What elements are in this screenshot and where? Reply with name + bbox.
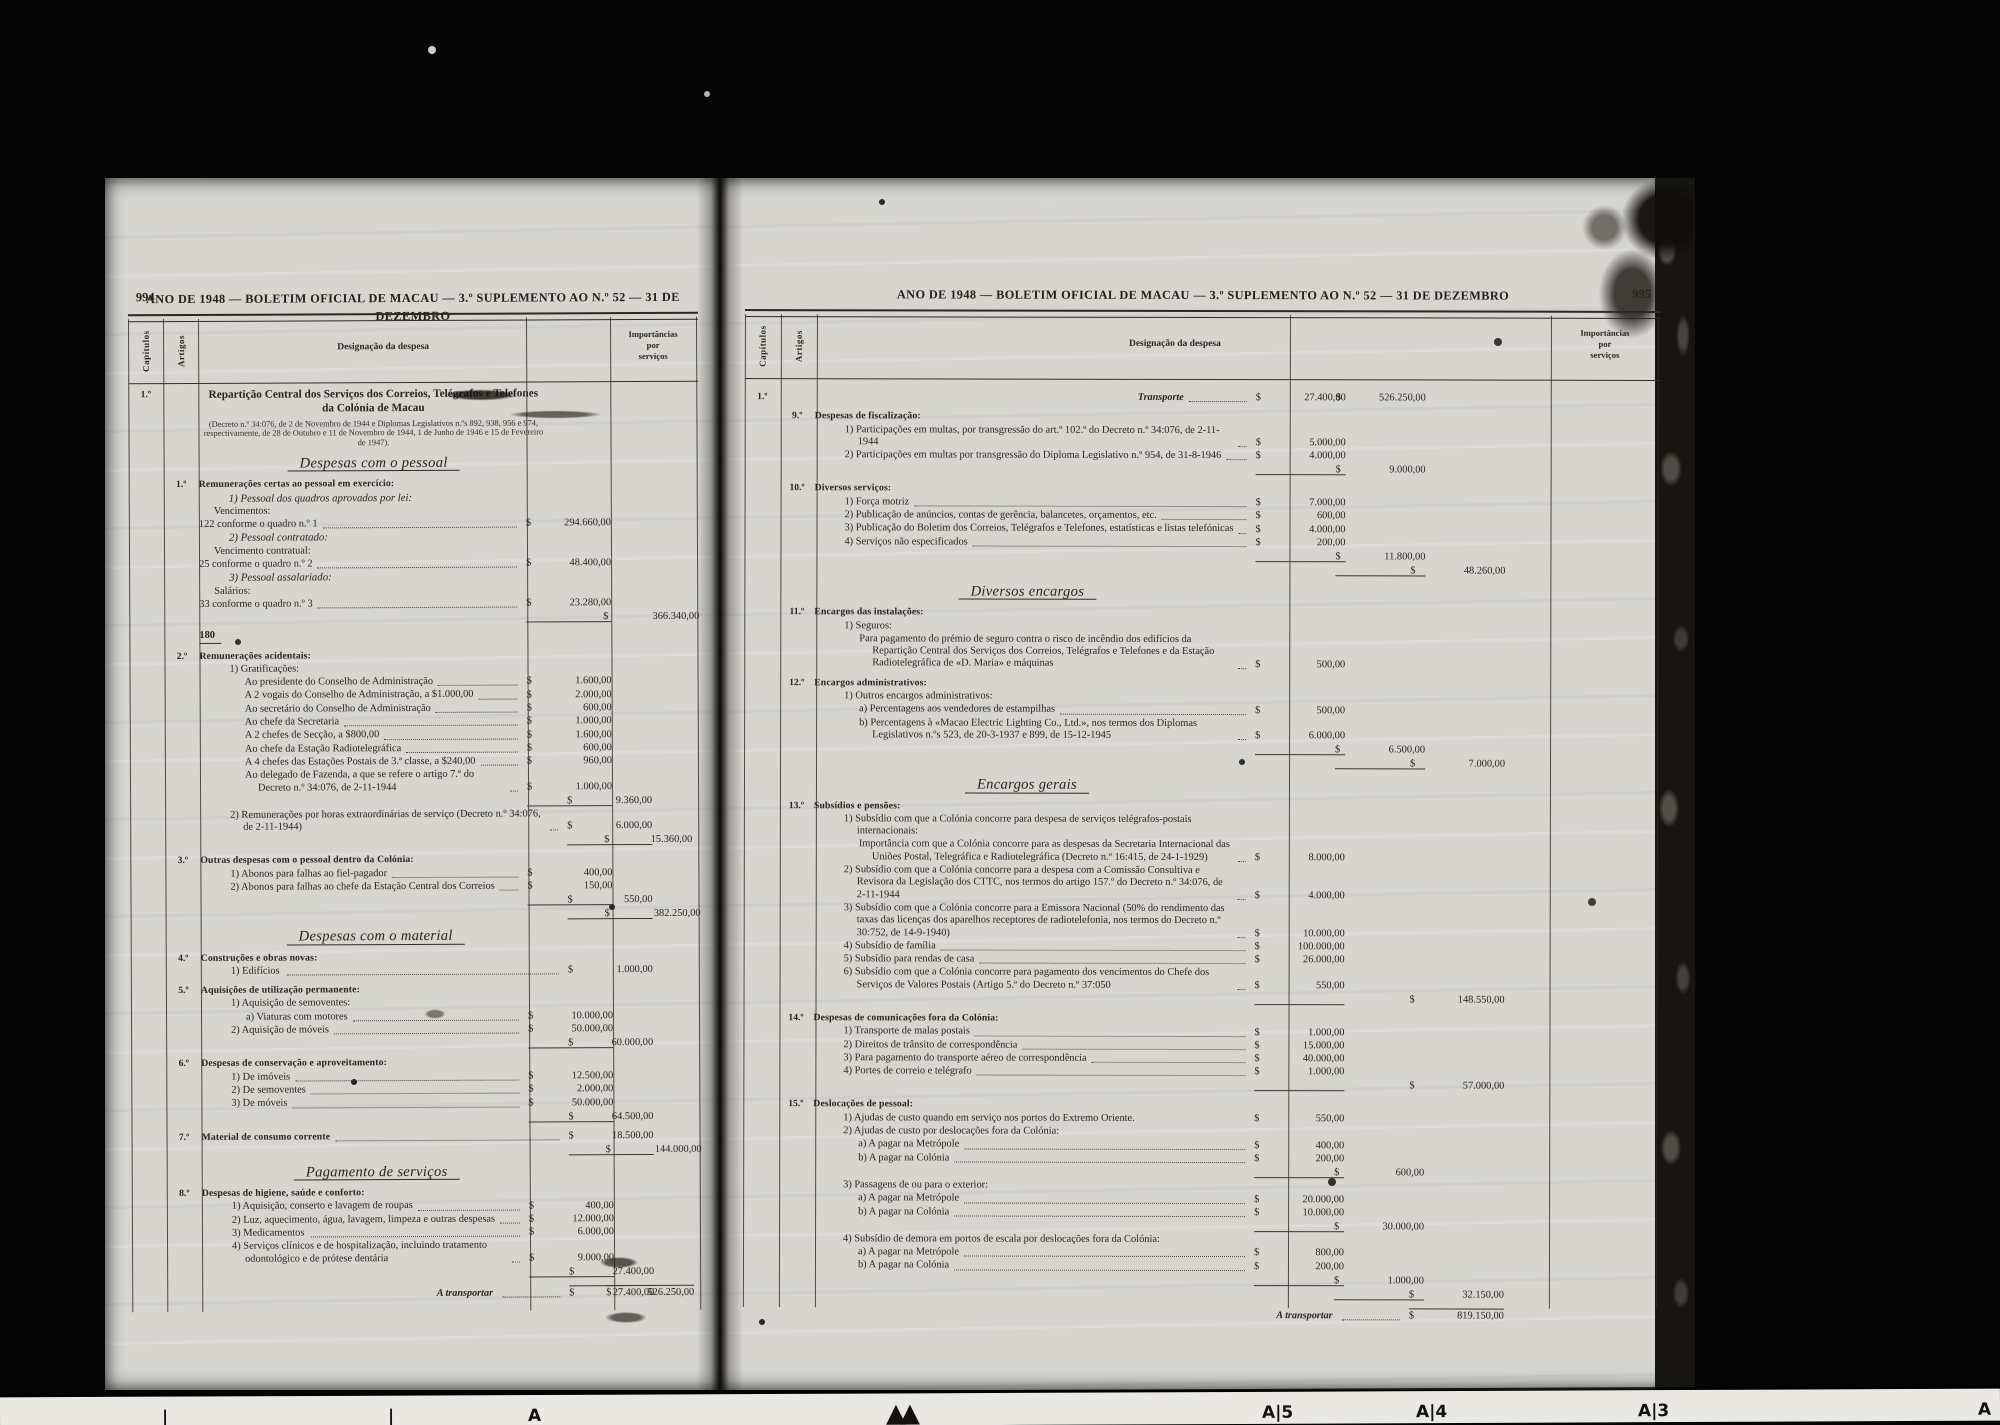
row-designation: 3) Subsídio com que a Colónia concorre p…: [814, 902, 1249, 940]
row-text: Transporte: [1138, 392, 1184, 404]
amount-cell: [1254, 1231, 1344, 1233]
currency-sign: $: [1254, 1153, 1261, 1165]
table-row: Para pagamento do prémio de seguro contr…: [744, 633, 1660, 672]
table-row: 5.ºAquisições de utilização permanente:: [131, 983, 701, 998]
table-row: 1.ºRepartição Central dos Serviços dos C…: [128, 387, 698, 402]
amount-cell: $500,00: [1255, 705, 1345, 717]
table-row: 12.ºEncargos administrativos:: [744, 677, 1660, 691]
row-designation: 3) Pessoal assalariado:: [199, 571, 519, 585]
row-designation: A transportar: [813, 1309, 1403, 1323]
amount-value: 150,00: [584, 880, 613, 892]
row-text: Remunerações certas ao pessoal em exercí…: [199, 478, 395, 491]
row-text: Deslocações de pessoal:: [813, 1099, 913, 1112]
column-artigos: Artigos: [163, 319, 198, 383]
dotted-leader: [1238, 666, 1246, 669]
table-row: $57.000,00: [743, 1080, 1659, 1094]
table-row: 15.ºDeslocações de pessoal:: [743, 1099, 1659, 1113]
row-designation: 6) Subsídio com que a Colónia concorre p…: [814, 967, 1249, 993]
row-text: 3) Publicação do Boletim dos Correios, T…: [845, 523, 1234, 536]
table-row: $382.250,00: [131, 908, 701, 922]
film-edge-mark: A: [1978, 1400, 1991, 1420]
row-designation: [814, 1005, 1249, 1006]
currency-sign: $: [1255, 730, 1262, 742]
dotted-leader: [438, 683, 518, 686]
dotted-leader: [954, 1213, 1245, 1217]
row-designation: 4) Serviços não especificados: [814, 536, 1249, 549]
amount-value: 60.000,00: [612, 1037, 654, 1049]
amount-cell: $400,00: [529, 1200, 614, 1212]
row-designation: Subsídios e pensões:: [814, 800, 1245, 813]
section-heading: Despesas com o pessoal: [288, 457, 460, 472]
currency-sign: $: [527, 689, 534, 701]
row-designation: b) Percentagens à «Macao Electric Lighti…: [814, 717, 1249, 743]
row-text: A 2 chefes de Secção, a $800,00: [245, 729, 380, 742]
row-text: 1) Outros encargos administrativos:: [844, 690, 992, 703]
table-row: 1.ºRemunerações certas ao pessoal em exe…: [129, 477, 699, 492]
amount-cell: $15.360,00: [604, 834, 692, 846]
amount-value: 1.600,00: [575, 729, 611, 741]
dotted-leader: [323, 525, 517, 529]
amount-value: 526.250,00: [1379, 393, 1426, 405]
row-text: A transportar: [1276, 1310, 1337, 1322]
row-designation: [201, 1050, 522, 1051]
row-designation: 1) Aquisição de semoventes:: [201, 997, 521, 1011]
row-text: Ao chefe da Estação Radiotelegráfica: [245, 743, 401, 756]
table-row: Salários:: [129, 583, 699, 598]
amount-cell: $1.000,00: [527, 781, 612, 793]
row-designation: Repartição Central dos Serviços dos Corr…: [198, 387, 548, 401]
table-row: 3) Medicamentos$6.000,00: [132, 1226, 702, 1241]
amount-value: 15.360,00: [651, 834, 693, 846]
table-row: $366.340,00: [129, 611, 699, 625]
row-text: A transportar: [437, 1288, 498, 1301]
row-text: 2) De semoventes: [231, 1084, 306, 1097]
currency-sign: $: [1255, 955, 1262, 967]
table-row: 1) Participações em multas, por transgre…: [745, 424, 1661, 451]
amount-cell: $1.600,00: [527, 729, 612, 741]
table-row: 2) Participações em multas por transgres…: [745, 449, 1661, 463]
row-text: 4) Subsídio de demora em portos de escal…: [843, 1233, 1160, 1246]
currency-sign: $: [1254, 1248, 1261, 1260]
page-header-title: ANO DE 1948 — BOLETIM OFICIAL DE MACAU —…: [897, 287, 1509, 302]
amount-value: 1.000,00: [1388, 1275, 1424, 1287]
row-designation: Pagamento de serviços: [202, 1165, 552, 1181]
currency-sign: $: [1334, 1275, 1341, 1287]
film-edge-mark: A|4: [1416, 1402, 1447, 1422]
amount-cell: $12.000,00: [529, 1213, 614, 1225]
amount-cell: $148.550,00: [1410, 994, 1505, 1006]
amount-cell: $150,00: [527, 880, 612, 892]
column-designacao: Designação da despesa: [845, 338, 1505, 349]
currency-sign: $: [1256, 437, 1263, 449]
amount-cell: $2.000,00: [528, 1083, 613, 1095]
table-row: A 2 chefes de Secção, a $800,00$1.600,00: [130, 728, 700, 743]
section-heading: Pagamento de serviços: [294, 1166, 460, 1181]
amount-cell: $10.000,00: [528, 1010, 613, 1022]
artigo-number: 7.º: [167, 1131, 202, 1143]
row-text: 5) Subsídio para rendas de casa: [844, 953, 975, 966]
currency-sign: $: [528, 1084, 535, 1096]
table-row: 1) Ajudas de custo quando em serviço nos…: [743, 1112, 1659, 1126]
row-designation: A transportar: [202, 1287, 563, 1301]
amount-cell: $4.000,00: [1255, 890, 1345, 902]
currency-sign: $: [527, 676, 534, 688]
row-designation: 25 conforme o quadro n.º 2: [199, 558, 520, 572]
amount-cell: $9.000,00: [529, 1252, 614, 1264]
amount-cell: $50.000,00: [528, 1024, 613, 1036]
table-row: 3) Pessoal assalariado:: [129, 570, 699, 585]
row-text: 3) Passagens de ou para o exterior:: [843, 1179, 988, 1192]
amount-cell: $11.800,00: [1335, 551, 1425, 563]
row-designation: 3) Medicamentos: [202, 1227, 523, 1241]
dotted-leader: [550, 828, 558, 831]
table-row: 2) Pessoal contratado:: [129, 530, 699, 545]
amount-value: 600,00: [1396, 1167, 1425, 1179]
table-row: 2) Ajudas de custo por deslocações fora …: [743, 1125, 1659, 1139]
currency-sign: $: [1336, 465, 1343, 477]
amount-cell: $600,00: [527, 742, 612, 754]
table-row: A transportar$27.400,00$526.250,00: [132, 1287, 702, 1302]
table-row: $60.000,00: [131, 1037, 701, 1051]
row-text: Despesas de comunicações fora da Colónia…: [813, 1012, 998, 1025]
row-designation: 2) Participações em multas por transgres…: [815, 449, 1250, 462]
table-row: Encargos gerais: [744, 778, 1660, 794]
film-edge-strip: ||A▲▲A|5A|4A|3A: [0, 1389, 2000, 1425]
row-text: 1) Seguros:: [844, 620, 893, 632]
page-number: 994: [136, 290, 155, 305]
film-edge-mark: A|5: [1262, 1403, 1293, 1423]
table-row: 5) Subsídio para rendas de casa$26.000,0…: [744, 953, 1660, 967]
currency-sign: $: [1410, 994, 1417, 1006]
table-row: 1) Transporte de malas postais$1.000,00: [743, 1025, 1659, 1039]
amount-cell: $6.000,00: [567, 820, 652, 832]
amount-value: 1.600,00: [575, 676, 611, 688]
table-row: $15.360,00: [130, 834, 700, 848]
amount-cell: $30.000,00: [1334, 1221, 1424, 1233]
row-designation: 4) Serviços clínicos e de hospitalização…: [202, 1240, 523, 1266]
amount-cell: $550,00: [568, 894, 653, 906]
row-designation: a) A pagar na Metrópole: [813, 1139, 1248, 1152]
table-row: 14.ºDespesas de comunicações fora da Col…: [743, 1012, 1659, 1026]
table-row: 4.ºConstruções e obras novas:: [131, 950, 701, 965]
currency-sign: $: [1335, 551, 1342, 563]
row-text: 1) Ajudas de custo quando em serviço nos…: [843, 1112, 1134, 1125]
amount-value: 7.000,00: [1309, 497, 1345, 509]
table-row: 6) Subsídio com que a Colónia concorre p…: [744, 966, 1660, 993]
dotted-leader: [480, 763, 517, 766]
currency-sign: $: [1409, 1289, 1416, 1301]
table-row: A 2 vogais do Conselho de Administração,…: [130, 688, 700, 703]
currency-sign: $: [567, 795, 574, 807]
currency-sign: $: [1409, 1081, 1416, 1093]
dotted-leader: [292, 1104, 519, 1108]
artigo-number: 1.º: [164, 479, 199, 491]
amount-value: 382.250,00: [654, 908, 701, 920]
currency-sign: $: [1256, 392, 1263, 404]
currency-sign: $: [1335, 745, 1342, 757]
section-heading: Despesas com o material: [287, 930, 465, 945]
currency-sign: $: [603, 611, 610, 623]
table-row: Despesas com o material: [131, 929, 701, 946]
amount-value: 526.250,00: [647, 1287, 694, 1299]
table-row: $1.000,00: [743, 1274, 1659, 1288]
row-text: 1) Participações em multas, por transgre…: [845, 424, 1234, 449]
dotted-leader: [500, 1221, 520, 1224]
table-row: da Colónia de Macau: [128, 401, 698, 416]
artigo-number: 8.º: [167, 1188, 202, 1200]
row-designation: Despesas de conservação e aproveitamento…: [201, 1057, 521, 1071]
artigo-number: 4.º: [166, 953, 201, 965]
currency-sign: $: [1255, 852, 1262, 864]
row-designation: [815, 476, 1250, 477]
amount-cell: $1.000,00: [1254, 1027, 1344, 1039]
row-text: 1) Abonos para falhas ao fiel-pagador: [230, 868, 387, 881]
row-designation: Transporte: [815, 391, 1250, 404]
row-designation: [813, 1300, 1328, 1301]
row-designation: 2) De semoventes: [201, 1084, 522, 1098]
row-designation: Vencimentos:: [199, 504, 519, 518]
table-row: 4) Serviços clínicos e de hospitalização…: [132, 1239, 702, 1266]
dust-specks: [0, 0, 4, 4]
amount-cell: $800,00: [1254, 1248, 1344, 1260]
row-text: Encargos administrativos:: [814, 677, 927, 690]
currency-sign: $: [1254, 1207, 1261, 1219]
table-row: $550,00: [131, 894, 701, 908]
row-designation: (Decreto n.º 34:076, de 2 de Novembro de…: [198, 418, 548, 449]
amount-value: 50.000,00: [572, 1024, 614, 1036]
dotted-leader: [964, 1254, 1245, 1258]
row-text: 3) Subsídio com que a Colónia concorre p…: [844, 902, 1233, 940]
table-row: 2) Aquisição de móveis$50.000,00: [131, 1023, 701, 1038]
amount-value: 8.000,00: [1308, 852, 1344, 864]
amount-value: 48.260,00: [1464, 566, 1506, 578]
table-row: Ao delegado de Fazenda, a que se refere …: [130, 768, 700, 795]
amount-cell: $550,00: [1254, 1113, 1344, 1125]
table-row: 2) Publicação de anúncios, contas de ger…: [745, 509, 1661, 523]
amount-cell: $50.000,00: [528, 1097, 613, 1109]
row-text: 2) Publicação de anúncios, contas de ger…: [845, 509, 1157, 522]
row-text: Subsídios e pensões:: [814, 800, 900, 812]
currency-sign: $: [527, 867, 534, 879]
dotted-leader: [295, 1078, 519, 1082]
row-text: 4) Serviços clínicos e de hospitalização…: [232, 1240, 507, 1266]
dotted-leader: [500, 888, 519, 891]
row-designation: 1) Transporte de malas postais: [813, 1025, 1248, 1038]
row-text: 2) Abonos para falhas ao chefe da Estaçã…: [230, 881, 494, 894]
film-edge-mark: A: [528, 1406, 541, 1425]
dotted-leader: [979, 961, 1245, 965]
page-gutter: [697, 178, 743, 1390]
table-row: Vencimentos:: [129, 504, 699, 519]
amount-value: 6.000,00: [616, 820, 652, 832]
table-row: 1) Força motriz$7.000,00: [745, 496, 1661, 510]
dotted-leader: [1238, 935, 1246, 938]
artigo-number: 13.º: [779, 800, 814, 812]
row-text: 1) Aquisição, conserto e lavagem de roup…: [232, 1200, 413, 1213]
row-designation: 3) Passagens de ou para o exterior:: [813, 1179, 1244, 1192]
table-row: $6.500,00: [744, 743, 1660, 757]
row-designation: [814, 576, 1329, 577]
table-row: 6.ºDespesas de conservação e aproveitame…: [131, 1056, 701, 1071]
table-row: Pagamento de serviços: [132, 1165, 702, 1182]
amount-cell: $27.400,00: [569, 1266, 654, 1278]
dotted-leader: [510, 788, 518, 791]
currency-sign: $: [1255, 941, 1262, 953]
row-text: 6) Subsídio com que a Colónia concorre p…: [844, 967, 1233, 992]
table-row: b) A pagar na Colónia$200,00: [743, 1259, 1659, 1273]
amount-cell: $40.000,00: [1254, 1053, 1344, 1065]
table-body: 1.ºTransporte$27.400,00$526.250,009.ºDes…: [743, 382, 1661, 1323]
row-text: 1) Força motriz: [845, 496, 910, 508]
row-text: Despesas de fiscalização:: [815, 410, 921, 423]
row-designation: A 2 chefes de Secção, a $800,00: [200, 729, 521, 743]
row-text: Outras despesas com o pessoal dentro da …: [200, 854, 413, 867]
amount-value: 4.000,00: [1309, 524, 1345, 536]
row-designation: [202, 1156, 563, 1158]
table-row: 4) Portes de correio e telégrafo$1.000,0…: [743, 1065, 1659, 1079]
row-text: Vencimento contratual:: [214, 545, 311, 558]
amount-value: 500,00: [1317, 659, 1346, 671]
row-text: 180: [199, 630, 221, 643]
amount-cell: [1254, 1285, 1344, 1287]
amount-value: 6.000,00: [578, 1226, 614, 1238]
row-designation: Diversos encargos: [814, 585, 1240, 600]
row-text: A 2 vogais do Conselho de Administração,…: [245, 689, 474, 702]
row-text: Vencimentos:: [214, 506, 271, 519]
table-row: 1) Aquisição, conserto e lavagem de roup…: [132, 1199, 702, 1214]
table-row: 180: [129, 628, 699, 644]
amount-cell: $4.000,00: [1256, 451, 1346, 463]
film-edge-mark: A|3: [1638, 1401, 1669, 1421]
table-body: 1.ºRepartição Central dos Serviços dos C…: [128, 385, 702, 1302]
currency-sign: $: [527, 742, 534, 754]
dotted-leader: [1060, 711, 1246, 714]
amount-cell: $10.000,00: [1254, 1207, 1344, 1219]
currency-sign: $: [1254, 1140, 1261, 1152]
amount-cell: $26.000,00: [1255, 955, 1345, 967]
row-designation: [814, 562, 1249, 563]
row-text: 33 conforme o quadro n.º 3: [199, 598, 313, 611]
amount-cell: [526, 621, 611, 623]
table-row: (Decreto n.º 34:076, de 2 de Novembro de…: [128, 417, 698, 449]
amount-cell: $6.500,00: [1335, 745, 1425, 757]
amount-cell: $200,00: [1255, 537, 1345, 549]
artigo-number: 2.º: [164, 650, 199, 662]
artigo-number: 5.º: [166, 985, 201, 997]
amount-value: 5.000,00: [1309, 437, 1345, 449]
table-row: $9.360,00: [130, 795, 700, 809]
row-text: 4) Portes de correio e telégrafo: [843, 1065, 971, 1078]
amount-cell: $366.340,00: [603, 611, 699, 623]
row-designation: Salários:: [199, 584, 519, 598]
artigo-number: 6.º: [166, 1058, 201, 1070]
dotted-leader: [512, 1259, 520, 1262]
currency-sign: $: [1255, 890, 1262, 902]
currency-sign: $: [529, 1252, 536, 1264]
table-row: Vencimento contratual:: [129, 544, 699, 559]
table-row: 1) Pessoal dos quadros aprovados por lei…: [129, 490, 699, 505]
dotted-leader: [1238, 859, 1246, 862]
dotted-leader: [392, 875, 518, 879]
film-frame-triangles: ▲▲: [886, 1398, 914, 1425]
row-designation: 2) Direitos de trânsito de correspondênc…: [813, 1039, 1248, 1052]
row-text: 2) Subsídio com que a Colónia concorre p…: [844, 864, 1233, 902]
currency-sign: $: [1410, 565, 1417, 577]
amount-cell: $10.000,00: [1255, 928, 1345, 940]
amount-value: 366.340,00: [653, 611, 700, 623]
row-text: 2) Ajudas de custo por deslocações fora …: [843, 1125, 1059, 1138]
row-designation: 1) Pessoal dos quadros aprovados por lei…: [199, 491, 519, 505]
amount-value: 1.000,00: [575, 715, 611, 727]
amount-value: 148.550,00: [1458, 995, 1505, 1007]
dotted-leader: [973, 543, 1247, 547]
row-designation: b) A pagar na Colónia: [813, 1152, 1248, 1165]
amount-value: 2.000,00: [575, 689, 611, 701]
amount-cell: $1.000,00: [527, 715, 612, 727]
table-row: 1) Outros encargos administrativos:: [744, 690, 1660, 704]
row-text: 2) Pessoal contratado:: [229, 532, 328, 545]
row-text: 2) Participações em multas por transgres…: [845, 449, 1222, 462]
currency-sign: $: [1254, 1194, 1261, 1206]
row-designation: Despesas com o material: [201, 930, 551, 946]
column-importancias: Importâncias por serviços: [1553, 328, 1657, 361]
section-heading: Diversos encargos: [959, 585, 1097, 600]
table-row: 3.ºOutras despesas com o pessoal dentro …: [130, 853, 700, 868]
amount-cell: $64.500,00: [568, 1111, 653, 1123]
amount-value: 23.280,00: [570, 597, 612, 609]
row-designation: a) A pagar na Metrópole: [813, 1192, 1248, 1205]
table-row: 1) Edifícios$1.000,00: [131, 964, 701, 979]
dotted-leader: [1342, 1317, 1400, 1320]
amount-cell: $500,00: [1255, 659, 1345, 671]
currency-sign: $: [569, 1266, 576, 1278]
currency-sign: $: [1256, 497, 1263, 509]
currency-sign: $: [529, 1200, 536, 1212]
row-text: 4) Serviços não especificados: [844, 536, 967, 549]
currency-sign: $: [568, 964, 575, 976]
currency-sign: $: [1255, 928, 1262, 940]
currency-sign: $: [1256, 510, 1263, 522]
dotted-leader: [344, 723, 518, 727]
amount-cell: $9.000,00: [1336, 465, 1426, 477]
row-text: 1) Edifícios: [231, 965, 282, 978]
dotted-leader: [1092, 1060, 1246, 1063]
row-text: b) Percentagens à «Macao Electric Lighti…: [859, 717, 1233, 742]
amount-cell: $600,00: [1334, 1167, 1424, 1179]
amount-value: 20.000,00: [1303, 1194, 1345, 1206]
capitulo-number: 1.º: [745, 391, 780, 403]
capitulo-number: 1.º: [128, 389, 163, 401]
row-text: Ao delegado de Fazenda, a que se refere …: [245, 769, 505, 795]
amount-cell: $200,00: [1254, 1153, 1344, 1165]
amount-value: 294.660,00: [564, 518, 611, 530]
amount-value: 9.000,00: [1389, 465, 1425, 477]
table-row: 2) Remunerações por horas extraordinária…: [130, 808, 700, 835]
row-text: 1) Subsídio com que a Colónia concorre p…: [844, 813, 1245, 838]
amount-cell: $526.250,00: [1336, 393, 1426, 405]
amount-cell: [1255, 1004, 1345, 1006]
dotted-leader: [1238, 987, 1246, 990]
dotted-leader: [311, 1091, 520, 1095]
row-designation: 1) Abonos para falhas ao fiel-pagador: [200, 867, 521, 881]
table-row: a) A pagar na Metrópole$20.000,00: [743, 1192, 1659, 1206]
table-row: 3) Publicação do Boletim dos Correios, T…: [745, 522, 1661, 536]
table-row: 9.ºDespesas de fiscalização:: [745, 410, 1661, 424]
row-text: Ao chefe da Secretaria: [245, 716, 339, 729]
column-importancias: Importâncias por serviços: [610, 329, 696, 362]
row-designation: Encargos das instalações:: [814, 606, 1245, 619]
currency-sign: $: [1254, 1053, 1261, 1065]
